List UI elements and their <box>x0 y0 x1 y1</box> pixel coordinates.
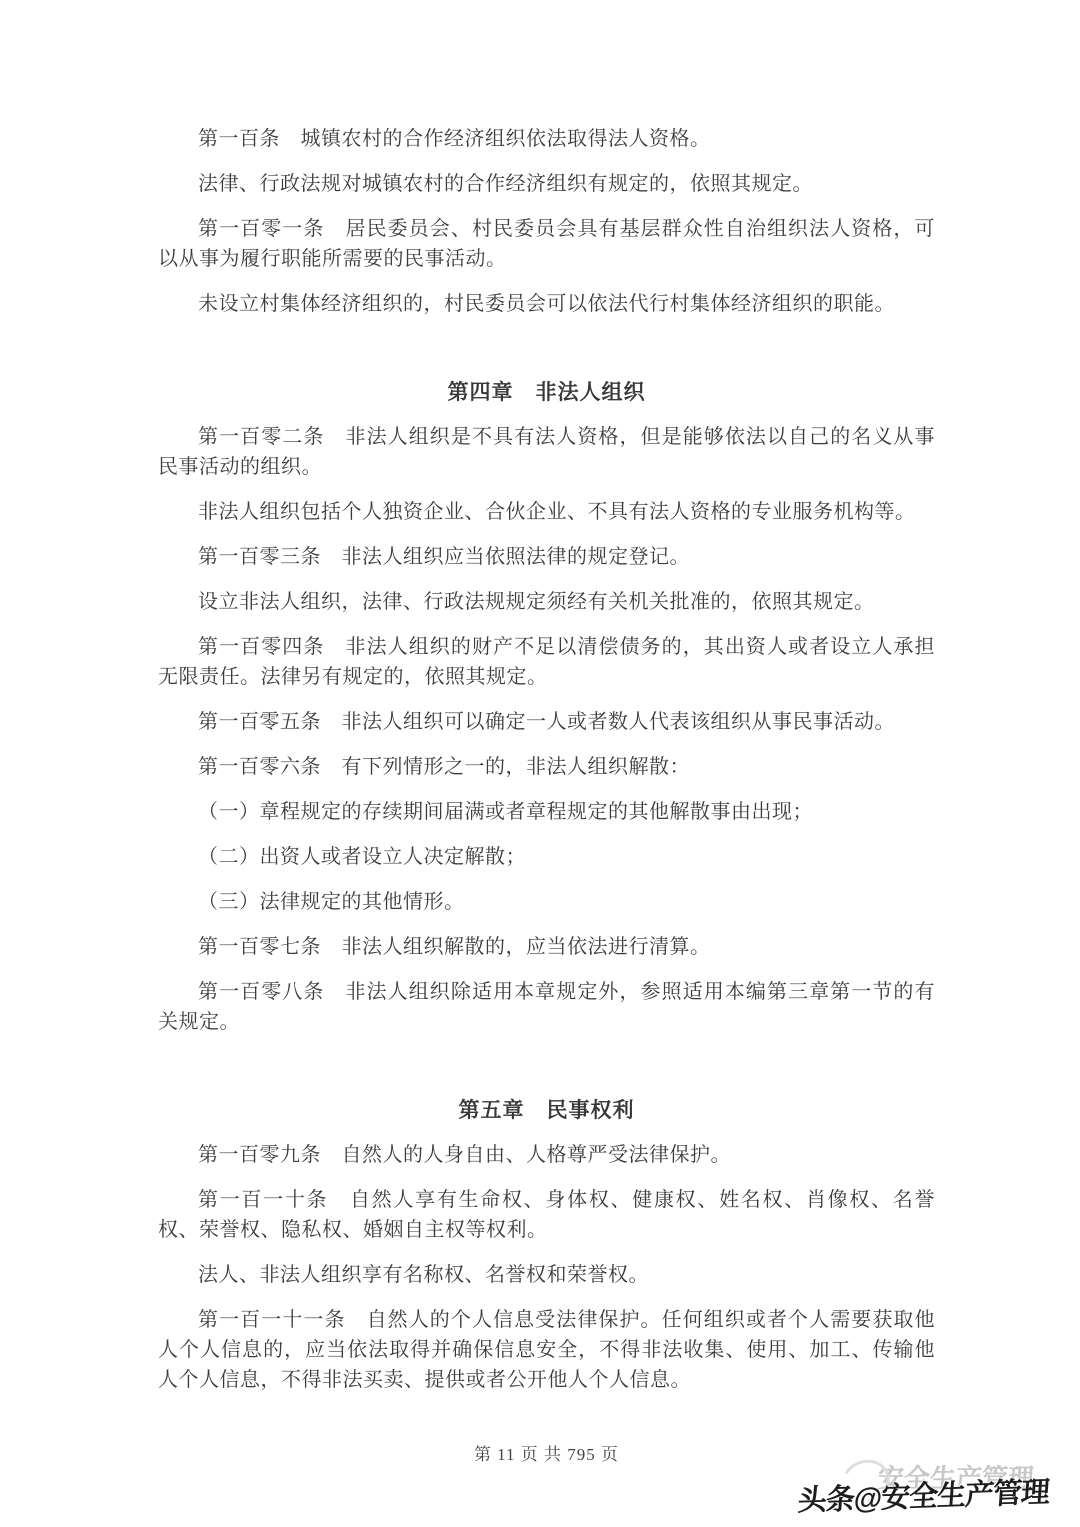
list-item-paragraph: （三）法律规定的其他情形。 <box>158 887 935 917</box>
article-paragraph: 第一百零七条 非法人组织解散的，应当依法进行清算。 <box>158 932 935 962</box>
page-number-footer: 第 11 页 共 795 页 <box>158 1440 935 1470</box>
article-paragraph: 第一百一十条 自然人享有生命权、身体权、健康权、姓名权、肖像权、名誉权、荣誉权、… <box>158 1185 935 1245</box>
article-paragraph: 第一百零四条 非法人组织的财产不足以清偿债务的，其出资人或者设立人承担无限责任。… <box>158 632 935 692</box>
article-paragraph: 第一百零三条 非法人组织应当依照法律的规定登记。 <box>158 542 935 572</box>
article-paragraph: 第一百零九条 自然人的人身自由、人格尊严受法律保护。 <box>158 1140 935 1170</box>
article-paragraph: 第一百条 城镇农村的合作经济组织依法取得法人资格。 <box>158 124 935 154</box>
article-paragraph: 第一百一十一条 自然人的个人信息受法律保护。任何组织或者个人需要获取他人个人信息… <box>158 1305 935 1395</box>
document-page: 第一百条 城镇农村的合作经济组织依法取得法人资格。 法律、行政法规对城镇农村的合… <box>0 0 1080 1527</box>
article-paragraph: 法律、行政法规对城镇农村的合作经济组织有规定的，依照其规定。 <box>158 169 935 199</box>
list-item-paragraph: （二）出资人或者设立人决定解散； <box>158 842 935 872</box>
list-item-paragraph: （一）章程规定的存续期间届满或者章程规定的其他解散事由出现； <box>158 797 935 827</box>
article-paragraph: 法人、非法人组织享有名称权、名誉权和荣誉权。 <box>158 1260 935 1290</box>
article-paragraph: 第一百零二条 非法人组织是不具有法人资格，但是能够依法以自己的名义从事民事活动的… <box>158 422 935 482</box>
document-body: 第一百条 城镇农村的合作经济组织依法取得法人资格。 法律、行政法规对城镇农村的合… <box>0 0 1080 1470</box>
watermark-text: 头条@安全生产管理 <box>797 1470 1051 1520</box>
article-paragraph: 第一百零一条 居民委员会、村民委员会具有基层群众性自治组织法人资格，可以从事为履… <box>158 214 935 274</box>
article-paragraph: 第一百零五条 非法人组织可以确定一人或者数人代表该组织从事民事活动。 <box>158 707 935 737</box>
article-paragraph: 非法人组织包括个人独资企业、合伙企业、不具有法人资格的专业服务机构等。 <box>158 497 935 527</box>
article-paragraph: 第一百零六条 有下列情形之一的，非法人组织解散： <box>158 752 935 782</box>
chapter-heading: 第四章 非法人组织 <box>158 377 935 407</box>
article-paragraph: 设立非法人组织，法律、行政法规规定须经有关机关批准的，依照其规定。 <box>158 587 935 617</box>
chapter-heading: 第五章 民事权利 <box>158 1095 935 1125</box>
article-paragraph: 未设立村集体经济组织的，村民委员会可以依法代行村集体经济组织的职能。 <box>158 289 935 319</box>
article-paragraph: 第一百零八条 非法人组织除适用本章规定外，参照适用本编第三章第一节的有关规定。 <box>158 977 935 1037</box>
